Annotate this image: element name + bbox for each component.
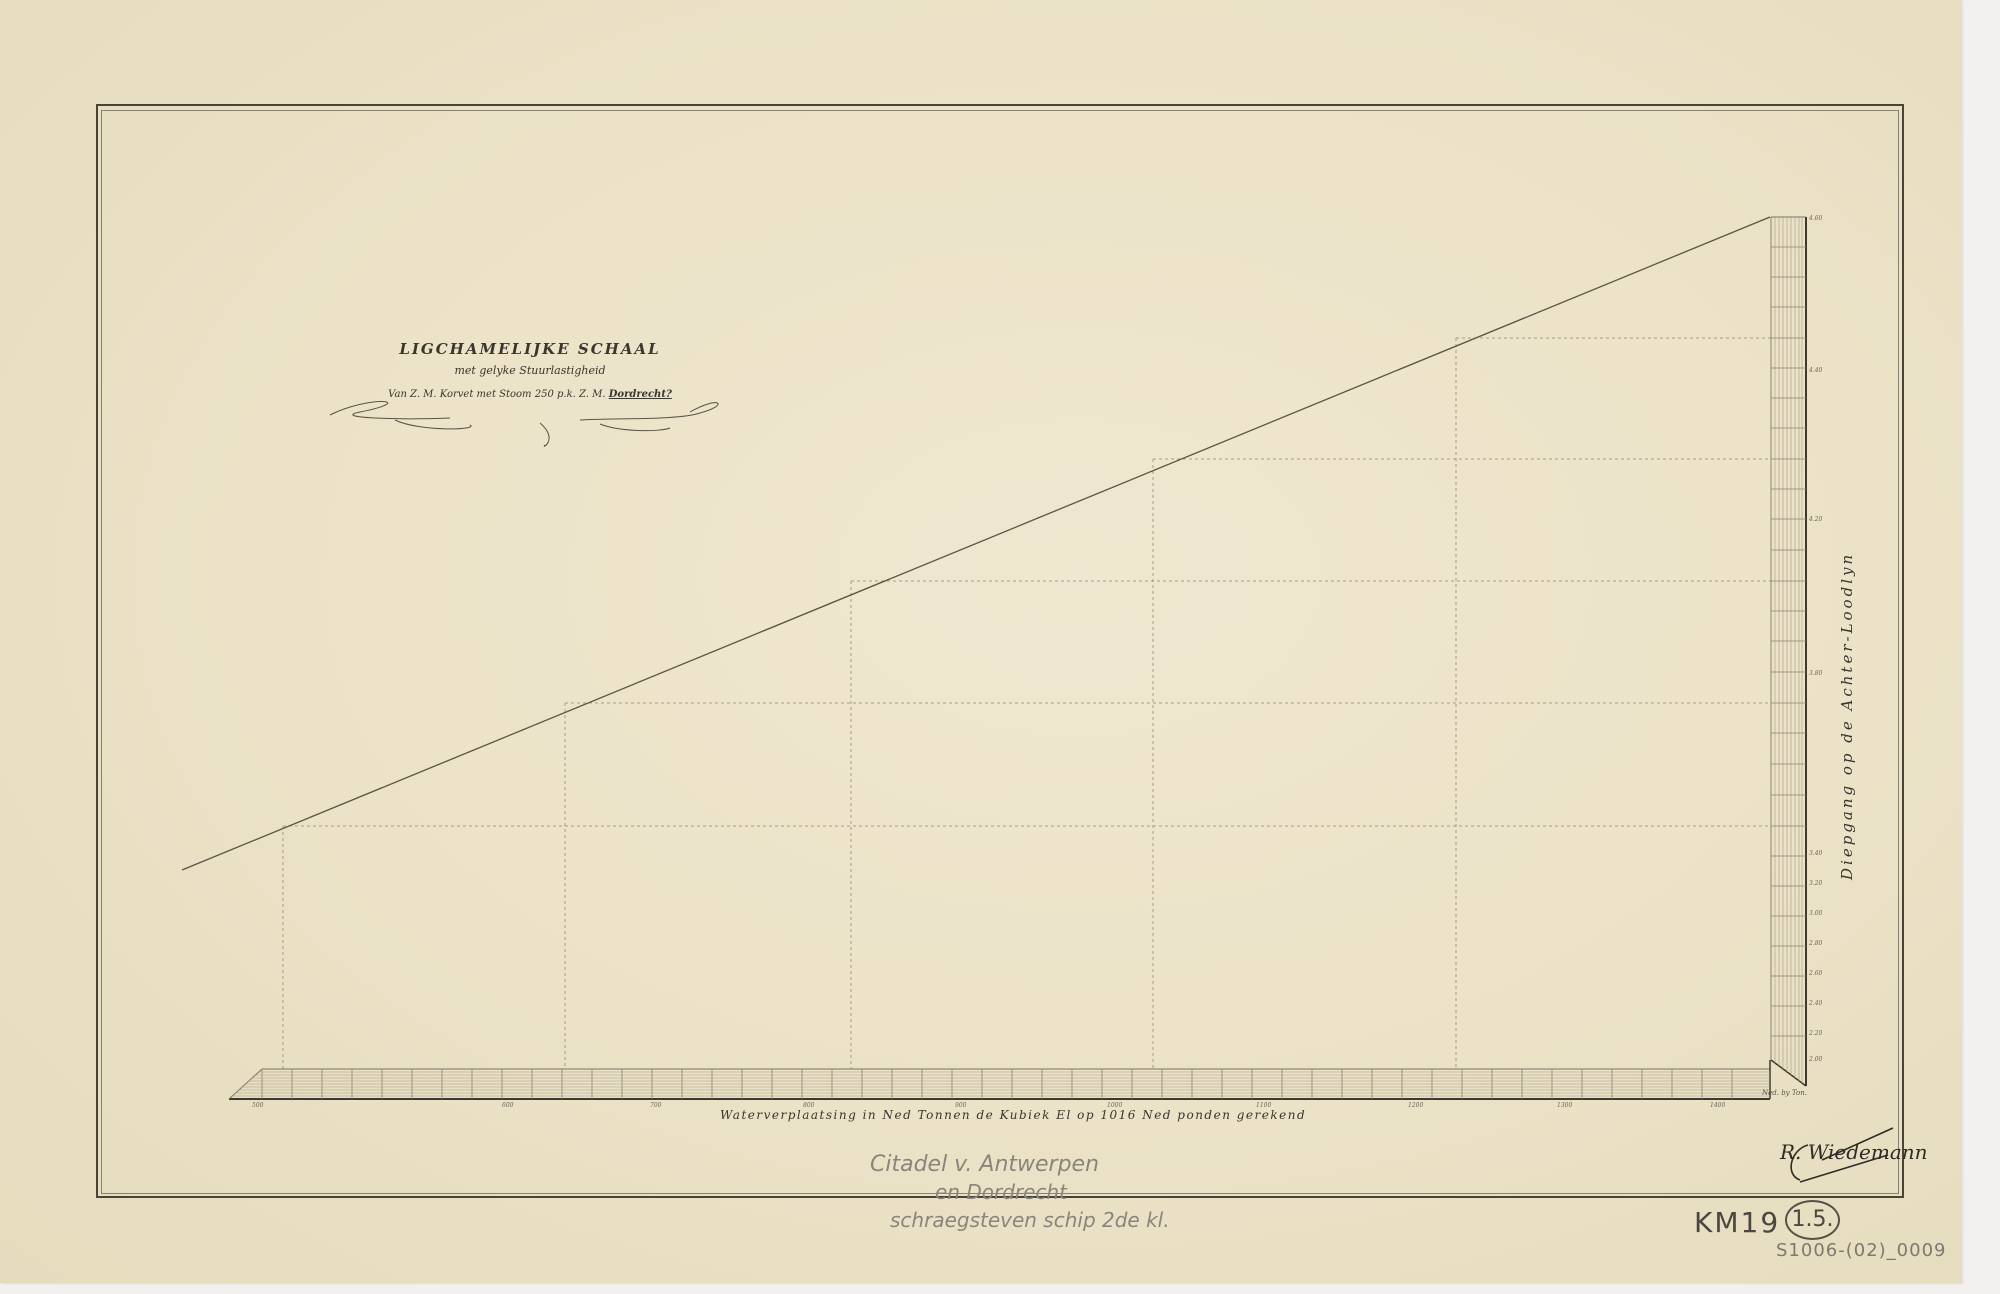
y-tick: 2.40 [1809,1000,1822,1007]
x-tick: 1100 [1256,1102,1271,1109]
pencil-note-line2: en Dordrecht [935,1180,1067,1204]
scale-end-note: Ned. by Ton. [1762,1089,1807,1097]
y-tick: 3.00 [1809,910,1822,917]
x-tick: 1300 [1557,1102,1572,1109]
x-tick: 700 [650,1102,661,1109]
y-axis-label: Diepgang op de Achter-Loodlyn [1838,552,1856,880]
pencil-note-line3: schraegsteven schip 2de kl. [890,1208,1170,1232]
chart-subtitle: met gelyke Stuurlastigheid [320,364,740,377]
y-tick: 4.20 [1809,516,1822,523]
vessel-name: Dordrecht? [609,389,672,400]
x-tick: 1400 [1710,1102,1725,1109]
vessel-line: Van Z. M. Korvet met Stoom 250 p.k. Z. M… [320,389,740,400]
chart-title-block: LIGCHAMELIJKE SCHAAL met gelyke Stuurlas… [320,340,740,400]
y-tick: 2.80 [1809,940,1822,947]
y-tick: 3.80 [1809,670,1822,677]
y-tick: 4.40 [1809,367,1822,374]
archive-item-circled: 1.5. [1785,1200,1840,1240]
chart-title: LIGCHAMELIJKE SCHAAL [320,340,740,358]
archive-collection: KM19 [1694,1206,1780,1239]
x-tick: 500 [252,1102,263,1109]
displacement-line [182,217,1770,870]
y-tick: 3.20 [1809,880,1822,887]
title-flourish [330,401,718,446]
x-tick: 1200 [1408,1102,1423,1109]
x-tick: 1000 [1107,1102,1122,1109]
x-tick: 900 [955,1102,966,1109]
y-tick: 2.20 [1809,1030,1822,1037]
y-tick: 2.60 [1809,970,1822,977]
vessel-prefix: Van Z. M. Korvet met Stoom [388,389,531,400]
x-axis-label: Waterverplaatsing in Ned Tonnen de Kubie… [720,1108,1340,1122]
pencil-note-line1: Citadel v. Antwerpen [870,1152,1099,1177]
vessel-power: 250 p.k. Z. M. [535,389,606,400]
y-scale-band [1771,217,1806,1086]
y-tick: 4.60 [1809,215,1822,222]
x-tick: 800 [803,1102,814,1109]
grid-lines [283,338,1771,1069]
signature: R. Wiedemann [1780,1140,1928,1164]
y-tick: 3.40 [1809,850,1822,857]
x-tick: 600 [502,1102,513,1109]
archive-inventory-number: S1006-(02)_0009 [1776,1240,1947,1261]
chart-plot [0,0,2000,1294]
x-scale-band [229,1060,1770,1099]
y-tick: 2.00 [1809,1056,1822,1063]
